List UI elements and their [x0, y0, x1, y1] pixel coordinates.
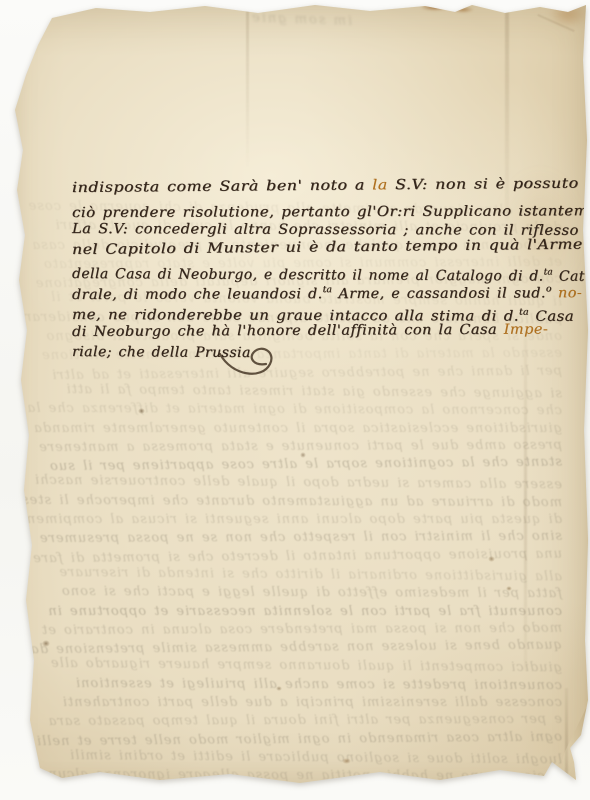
ink-segment: drale, di modo che leuandosi d.: [72, 286, 323, 303]
ink-segment: ta: [323, 285, 332, 295]
stain-top-left-corner: [20, 8, 50, 22]
bleedthrough-line: giurisditione ecclesiastica sopra il con…: [14, 420, 562, 438]
red-ink-segment: la: [372, 177, 388, 193]
stain-top-edge-2: [452, 6, 474, 13]
ink-segment: ta: [519, 308, 529, 318]
ink-segment: di Neoburgo che hà l'honore dell'affinit…: [72, 321, 504, 339]
bleedthrough-line: conuenuti fra le parti con le solennita …: [14, 603, 562, 621]
crease-vertical-bottom-right: [565, 688, 568, 788]
ink-segment: S.V: non si è possuto Sopra: [388, 175, 590, 193]
letter-line: drale, di modo che leuandosi d.ta Arme, …: [72, 279, 582, 301]
red-ink-segment: no-: [551, 285, 582, 301]
bleedthrough-line: concesse dalli serenissimi principi a du…: [14, 694, 562, 712]
bleedthrough-line: di questa piu parte dopo alcuni anni seg…: [14, 511, 562, 529]
manuscript-paper: im som gnie senza altro riguardo si rime…: [0, 0, 590, 800]
bleedthrough-line: che concernono la compositione di ogni m…: [14, 400, 562, 421]
red-ink-segment: de: [585, 223, 590, 239]
ink-segment: Arme, e cassandosi il sud.: [332, 285, 546, 302]
ink-segment: nel Capitolo di Munster ui è da tanto te…: [72, 236, 583, 257]
ink-speck-left-edge-2: [10, 406, 19, 413]
ink-segment: ciò prendere risolutione, pertanto gl'Or…: [72, 203, 588, 221]
letter-line: di Neoburgo che hà l'honore dell'affinit…: [72, 319, 587, 342]
crease-vertical-top-center: [246, 4, 249, 169]
bleedthrough-line: conuentioni predette si come anche alli …: [14, 675, 562, 696]
bleedthrough-line: fatta per il medesimo effetto di quelle …: [14, 583, 562, 604]
stain-top-right-corner: [548, 0, 588, 28]
bleedthrough-line: accio ognuno ne habbia notitia ne possa …: [14, 766, 562, 787]
letter-text-block: indisposta come Sarà ben' noto a la S.V:…: [72, 178, 572, 363]
stain-top-edge-1: [420, 3, 450, 11]
letter-line: riale; che della Prussia: [72, 342, 572, 365]
manuscript-paper-wrap: im som gnie senza altro riguardo si rime…: [0, 0, 590, 800]
ink-speck-left-edge-1: [8, 330, 22, 341]
letter-line: ciò prendere risolutione, pertanto gl'Or…: [72, 197, 590, 219]
bleedthrough-line: modo di arriuare ad un aggiustamento dur…: [14, 492, 562, 513]
top-ghost-writing: im som gnie: [250, 10, 353, 29]
pen-flourish: [218, 346, 288, 380]
crease-diagonal-top-right: [537, 14, 574, 32]
ink-segment: indisposta come Sarà ben' noto a: [72, 177, 372, 196]
letter-line: indisposta come Sarà ben' noto a la S.V:…: [72, 173, 590, 198]
red-ink-segment: Impe-: [504, 321, 549, 337]
